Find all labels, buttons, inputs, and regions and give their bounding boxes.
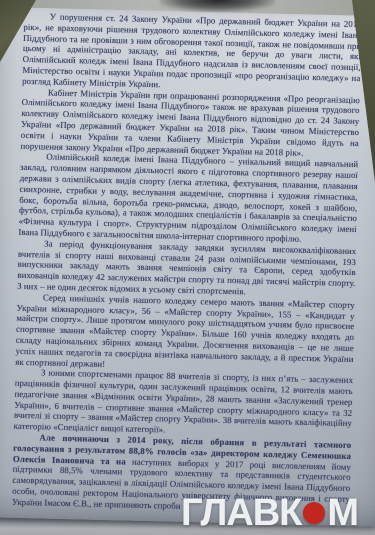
paragraph-3: Олімпійський коледж імені Івана Піддубно… <box>18 151 358 246</box>
watermark-text-right: М <box>327 494 358 532</box>
paragraph-2: Кабінет Міністрів України при опрацюванн… <box>20 86 359 159</box>
paragraph-1: У порушення ст. 24 Закону України «Про д… <box>22 11 362 95</box>
photo-background: У порушення ст. 24 Закону України «Про д… <box>0 0 375 535</box>
paragraph-5: Серед нинішніх учнів нашого коледжу семе… <box>15 292 355 376</box>
watermark-red-dot-icon <box>303 502 325 524</box>
document-text: У порушення ст. 24 Закону України «Про д… <box>12 11 362 516</box>
paper-sheet: У порушення ст. 24 Закону України «Про д… <box>0 6 375 527</box>
paragraph-6: З юними спортсменами працює 88 вчителів … <box>14 367 353 440</box>
dark-smudge <box>160 0 275 12</box>
paragraph-4: За період функціонування закладу завдяки… <box>17 238 356 300</box>
watermark-text-left: ГЛАВК <box>181 494 301 532</box>
glavkom-watermark: ГЛАВКМ <box>181 494 358 532</box>
